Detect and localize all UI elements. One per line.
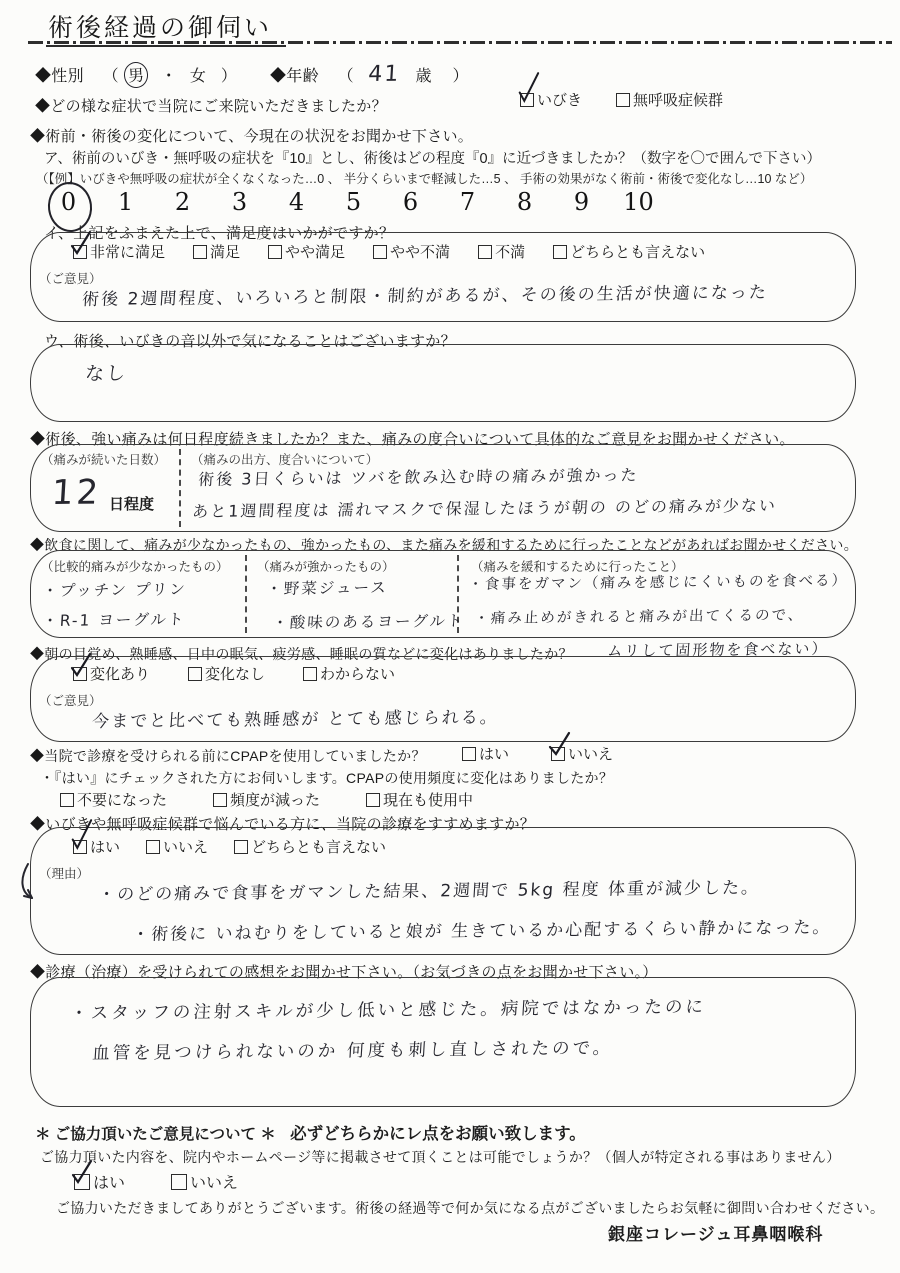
checkbox-dissatisfied[interactable]: 不満 <box>478 241 525 262</box>
eating-col2-item2: ・酸味のあるヨーグルト <box>272 609 465 633</box>
checkbox-label: 変化なし <box>205 663 265 684</box>
symptom-options: いびき 無呼吸症候群 <box>520 89 723 110</box>
recommend-reason1: ・のどの痛みで食事をガマンした結果、2週間で 5kg 程度 体重が減少した。 <box>98 873 761 905</box>
checkbox-label: いいえ <box>163 836 208 857</box>
age-unit: 歳 <box>415 68 431 85</box>
checkbox-label: どちらとも言えない <box>570 241 705 262</box>
check-mark-icon <box>69 814 93 854</box>
eating-col1-item2: ・R-1 ヨーグルト <box>42 608 186 631</box>
gender-male-selected[interactable]: 男 <box>123 61 149 89</box>
pain-days-value: 12 <box>51 472 103 513</box>
recommend-box[interactable]: はい いいえ どちらとも言えない （理由） ・のどの痛みで食事をガマンした結果、… <box>30 827 856 955</box>
cpap-options: はい いいえ <box>462 743 613 764</box>
recommend-options: はい いいえ どちらとも言えない <box>73 836 386 857</box>
publish-options: はい いいえ <box>74 1170 238 1193</box>
rating-scale: 0 1 2 3 4 5 6 7 8 9 10 <box>40 188 667 216</box>
paren: ） <box>221 68 237 85</box>
checkbox-somewhat-satisfied[interactable]: やや満足 <box>268 241 345 262</box>
gender-label: ◆性別 <box>35 68 84 85</box>
checkbox-frequency-reduced[interactable]: 頻度が減った <box>213 789 320 810</box>
checkbox-satisfied[interactable]: 満足 <box>193 241 240 262</box>
checkbox-no-longer-needed[interactable]: 不要になった <box>60 789 167 810</box>
checkbox-label: 不要になった <box>77 789 167 810</box>
sleep-answer-box[interactable]: 変化あり 変化なし わからない （ご意見） 今までと比べても熟睡感が とても感じ… <box>30 656 856 742</box>
pain-answer-box[interactable]: （痛みが続いた日数） （痛みの出方、度合いについて） 12 日程度 術後 3日く… <box>30 444 856 532</box>
eating-col1-label: （比較的痛みが少なかったもの） <box>41 557 229 575</box>
checkbox-label: 満足 <box>210 241 240 262</box>
hand-drawn-arrow-icon <box>18 862 52 908</box>
checkbox-icon <box>373 245 387 259</box>
checkbox-label: 現在も使用中 <box>383 789 473 810</box>
other-answer: なし <box>84 359 128 386</box>
column-divider <box>179 449 181 527</box>
symptom-question: ◆どの様な症状で当院にご来院いただきましたか？ <box>35 95 387 116</box>
checkbox-recommend-neither[interactable]: どちらとも言えない <box>234 836 386 857</box>
checkbox-icon <box>171 1174 187 1190</box>
checkbox-icon <box>146 840 160 854</box>
checkbox-icon <box>213 793 227 807</box>
cpap-followup: ・『はい』にチェックされた方にお伺いします。CPAPの使用頻度に変化はありました… <box>40 768 613 788</box>
checkbox-label: 非常に満足 <box>90 241 165 262</box>
checkbox-icon <box>303 667 317 681</box>
impressions-line2: 血管を見つけられないのか 何度も刺し直しされたので。 <box>92 1035 615 1065</box>
checkbox-label: いいえ <box>568 743 613 764</box>
checkbox-label: やや満足 <box>285 241 345 262</box>
satisfaction-box[interactable]: 非常に満足 満足 やや満足 やや不満 不満 どちらとも言えない <box>30 232 856 322</box>
checkbox-label: はい <box>93 1170 125 1193</box>
checkbox-snoring[interactable]: いびき <box>520 89 582 110</box>
change-heading: ◆術前・術後の変化について、今現在の状況をお聞かせ下さい。 <box>30 125 473 146</box>
eating-answer-box[interactable]: （比較的痛みが少なかったもの） （痛みが強かったもの） （痛みを緩和するために行… <box>30 550 856 638</box>
footer-head-row: ＊ ご協力頂いたご意見について ＊ 必ずどちらかにレ点をお願い致します。 <box>35 1120 586 1144</box>
checkbox-very-satisfied[interactable]: 非常に満足 <box>73 241 165 262</box>
check-mark-icon <box>69 650 93 680</box>
impressions-line1: ・スタッフの注射スキルが少し低いと感じた。病院ではなかったのに <box>70 993 707 1025</box>
checkbox-recommend-no[interactable]: いいえ <box>146 836 208 857</box>
scale-6[interactable]: 6 <box>382 188 439 216</box>
scale-2[interactable]: 2 <box>154 188 211 216</box>
check-mark-icon <box>70 1157 94 1187</box>
checkbox-changed[interactable]: 変化あり <box>73 663 150 684</box>
check-mark-icon <box>547 730 571 760</box>
checkbox-icon <box>616 93 630 107</box>
paren: ） <box>453 68 469 85</box>
checkbox-label: はい <box>90 836 120 857</box>
scale-5[interactable]: 5 <box>325 188 382 216</box>
checkbox-no-change[interactable]: 変化なし <box>188 663 265 684</box>
pain-detail-line1: 術後 3日くらいは ツバを飲み込む時の痛みが強かった <box>198 462 640 490</box>
checkbox-label: はい <box>479 743 509 764</box>
cpap-question: ◆当院で診療を受けられる前にCPAPを使用していましたか？ <box>30 746 426 766</box>
age-value[interactable]: 41 <box>367 62 401 87</box>
publish-question: ご協力頂いた内容を、院内やホームページ等に掲載させて頂くことは可能でしょうか？（… <box>40 1147 841 1167</box>
checkbox-icon <box>553 245 567 259</box>
pain-days-unit: 日程度 <box>109 493 154 514</box>
scale-9[interactable]: 9 <box>553 188 610 216</box>
satisfaction-options: 非常に満足 満足 やや満足 やや不満 不満 どちらとも言えない <box>73 241 705 262</box>
checkbox-icon <box>462 747 476 761</box>
clinic-name: 銀座コレージュ耳鼻咽喉科 <box>608 1220 823 1245</box>
checkbox-somewhat-dissatisfied[interactable]: やや不満 <box>373 241 450 262</box>
checkbox-neither[interactable]: どちらとも言えない <box>553 241 705 262</box>
eating-col2-item1: ・野菜ジュース <box>266 576 389 599</box>
gender-female[interactable]: 女 <box>190 68 206 85</box>
checkbox-label: いいえ <box>190 1170 238 1193</box>
checkbox-label: 変化あり <box>90 663 150 684</box>
checkbox-cpap-yes[interactable]: はい <box>462 743 509 764</box>
checkbox-icon <box>193 245 207 259</box>
scale-1[interactable]: 1 <box>97 188 154 216</box>
age-label: ◆年齢 <box>270 68 319 85</box>
checkbox-cpap-no[interactable]: いいえ <box>551 743 613 764</box>
satisfaction-comment: 術後 2週間程度、いろいろと制限・制約があるが、その後の生活が快適になった <box>82 278 769 310</box>
footer-head: ＊ ご協力頂いたご意見について ＊ <box>35 1126 276 1143</box>
other-answer-box[interactable]: なし <box>30 344 856 422</box>
impressions-box[interactable]: ・スタッフの注射スキルが少し低いと感じた。病院ではなかったのに 血管を見つけられ… <box>30 977 856 1107</box>
checkbox-unknown[interactable]: わからない <box>303 663 395 684</box>
footer-head-bold: 必ずどちらかにレ点をお願い致します。 <box>290 1125 586 1143</box>
eating-col3-item2: ・痛み止めがきれると痛みが出てくるので、 <box>474 604 805 628</box>
checkbox-label: 頻度が減った <box>230 789 320 810</box>
recommend-reason2: ・術後に いねむりをしていると娘が 生きているか心配するくらい静かになった。 <box>132 913 833 945</box>
checkbox-icon <box>188 667 202 681</box>
pain-days-label: （痛みが続いた日数） <box>41 450 166 468</box>
eating-col3-item1: ・食事をガマン（痛みを感じにくいものを食べる） <box>468 569 849 594</box>
scale-8[interactable]: 8 <box>496 188 553 216</box>
checkbox-icon <box>234 840 248 854</box>
checkbox-icon <box>478 245 492 259</box>
change-example: （【例】いびきや無呼吸の症状が全くなくなった…0 、 半分くらいまで軽減した…5… <box>36 169 812 187</box>
eating-col2-label: （痛みが強かったもの） <box>257 557 395 575</box>
change-sub-a: ア、術前のいびき・無呼吸の症状を『10』とし、術後はどの程度『0』に近づきました… <box>44 147 821 168</box>
paren: （ <box>103 68 119 85</box>
checkbox-label: 無呼吸症候群 <box>633 89 723 110</box>
gender-dot: ・ <box>161 68 177 85</box>
checkbox-apnea[interactable]: 無呼吸症候群 <box>616 89 723 110</box>
checkbox-recommend-yes[interactable]: はい <box>73 836 120 857</box>
scale-3[interactable]: 3 <box>211 188 268 216</box>
sleep-options: 変化あり 変化なし わからない <box>73 663 395 684</box>
checkbox-label: いびき <box>537 89 582 110</box>
survey-form-page: 術後経過の御伺い ◆性別 （ 男 ・ 女 ） ◆年齢 （ 41 歳 ） ◆どの様… <box>0 0 900 1273</box>
checkbox-publish-yes[interactable]: はい <box>74 1170 125 1193</box>
check-mark-icon <box>516 67 540 107</box>
checkbox-icon <box>268 245 282 259</box>
paren: （ <box>338 68 354 85</box>
dash-divider <box>28 41 892 44</box>
sleep-comment: 今までと比べても熟睡感が とても感じられる。 <box>92 703 500 732</box>
eating-col1-item1: ・プッチン プリン <box>42 577 188 601</box>
scale-10[interactable]: 10 <box>610 188 667 216</box>
checkbox-label: どちらとも言えない <box>251 836 386 857</box>
profile-row: ◆性別 （ 男 ・ 女 ） ◆年齢 （ 41 歳 ） <box>35 62 469 88</box>
checkbox-label: 不満 <box>495 241 525 262</box>
cpap-followup-options: 不要になった 頻度が減った 現在も使用中 <box>60 789 473 810</box>
checkbox-publish-no[interactable]: いいえ <box>171 1170 238 1193</box>
checkbox-icon <box>366 793 380 807</box>
scale-7[interactable]: 7 <box>439 188 496 216</box>
checkbox-label: やや不満 <box>390 241 450 262</box>
scale-4[interactable]: 4 <box>268 188 325 216</box>
column-divider <box>245 555 247 633</box>
checkbox-icon <box>60 793 74 807</box>
check-mark-icon <box>69 228 93 258</box>
thanks-note: ご協力いただきましてありがとうございます。術後の経過等で何か気になる点がございま… <box>56 1198 884 1218</box>
pain-detail-line2: あと1週間程度は 濡れマスクで保湿したほうが朝の のどの痛みが少ない <box>192 493 778 522</box>
checkbox-still-using[interactable]: 現在も使用中 <box>366 789 473 810</box>
checkbox-label: わからない <box>320 663 395 684</box>
